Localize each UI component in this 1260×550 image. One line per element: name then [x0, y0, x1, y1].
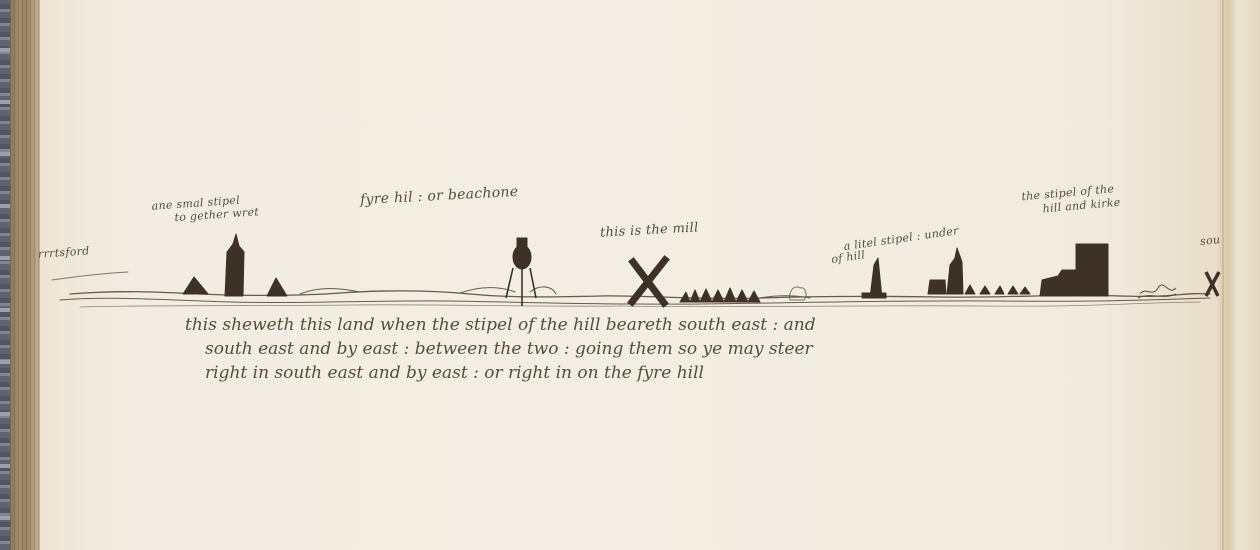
coastal-profile-drawing [0, 0, 1260, 550]
label-far-right: sou [1199, 233, 1221, 248]
scrub-icon [1138, 285, 1176, 298]
hill-kirk-icon [1040, 244, 1108, 296]
far-right-windmill-icon [1206, 272, 1219, 296]
little-steeple-icon [862, 258, 886, 298]
caption-line-2: south east and by east : between the two… [185, 337, 1205, 361]
caption-line-3: right in south east and by east : or rig… [185, 361, 1205, 385]
church-icon [928, 248, 990, 294]
caption-text: this sheweth this land when the stipel o… [185, 313, 1205, 385]
trees-icon [680, 288, 760, 302]
caption-line-1: this sheweth this land when the stipel o… [185, 313, 1205, 337]
small-steeple-icon [183, 234, 287, 296]
